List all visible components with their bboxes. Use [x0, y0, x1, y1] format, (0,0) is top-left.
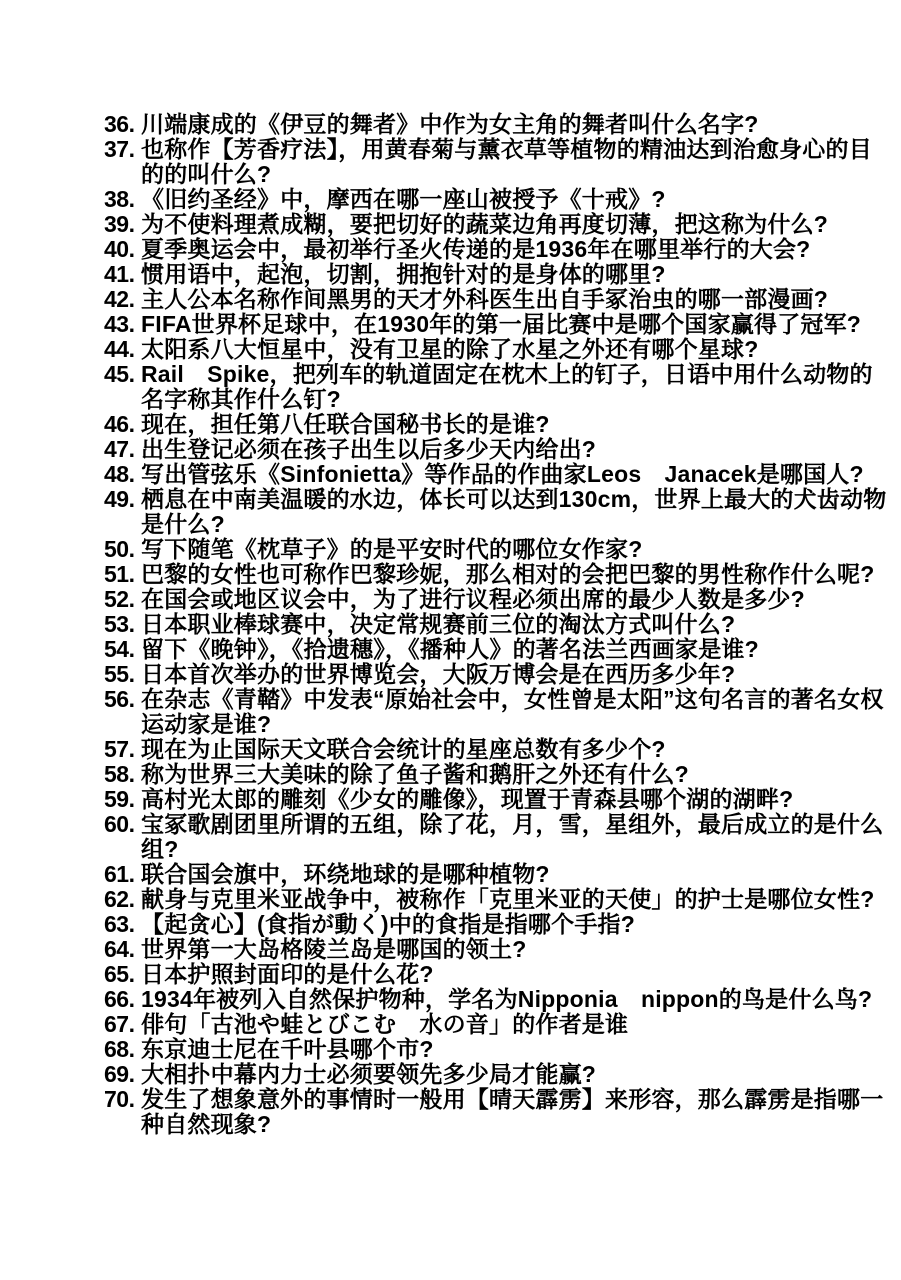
question-item: 60. 宝冢歌剧团里所谓的五组，除了花，月，雪，星组外，最后成立的是什么组?	[104, 812, 893, 862]
question-text: 出生登记必须在孩子出生以后多少天内给出?	[141, 437, 893, 462]
question-text: 【起贪心】(食指が動く)中的食指是指哪个手指?	[141, 912, 893, 937]
question-text: 世界第一大岛格陵兰岛是哪国的领土?	[141, 937, 893, 962]
question-item: 37. 也称作【芳香疗法】，用黄春菊与薰衣草等植物的精油达到治愈身心的目的的叫什…	[104, 137, 893, 187]
question-number: 69.	[104, 1062, 141, 1087]
question-text: 现在，担任第八任联合国秘书长的是谁?	[141, 412, 893, 437]
question-text: 写出管弦乐《Sinfonietta》等作品的作曲家Leos Janacek是哪国…	[141, 462, 893, 487]
question-item: 66. 1934年被列入自然保护物种，学名为Nipponia nippon的鸟是…	[104, 987, 893, 1012]
question-item: 48. 写出管弦乐《Sinfonietta》等作品的作曲家Leos Janace…	[104, 462, 893, 487]
question-item: 53. 日本职业棒球赛中，决定常规赛前三位的淘汰方式叫什么?	[104, 612, 893, 637]
question-text: 巴黎的女性也可称作巴黎珍妮，那么相对的会把巴黎的男性称作什么呢?	[141, 562, 893, 587]
question-number: 67.	[104, 1012, 141, 1037]
question-item: 44. 太阳系八大恒星中，没有卫星的除了水星之外还有哪个星球?	[104, 337, 893, 362]
question-item: 59. 高村光太郎的雕刻《少女的雕像》，现置于青森县哪个湖的湖畔?	[104, 787, 893, 812]
question-text: 惯用语中，起泡，切割，拥抱针对的是身体的哪里?	[141, 262, 893, 287]
question-number: 41.	[104, 262, 141, 287]
question-text: 俳句「古池や蛙とびこむ 水の音」的作者是谁	[141, 1012, 893, 1037]
question-number: 49.	[104, 487, 141, 512]
question-item: 46. 现在，担任第八任联合国秘书长的是谁?	[104, 412, 893, 437]
question-item: 56. 在杂志《青鞜》中发表“原始社会中，女性曾是太阳”这句名言的著名女权运动家…	[104, 687, 893, 737]
question-text: 高村光太郎的雕刻《少女的雕像》，现置于青森县哪个湖的湖畔?	[141, 787, 893, 812]
question-item: 36. 川端康成的《伊豆的舞者》中作为女主角的舞者叫什么名字?	[104, 112, 893, 137]
question-item: 67. 俳句「古池や蛙とびこむ 水の音」的作者是谁	[104, 1012, 893, 1037]
question-item: 65. 日本护照封面印的是什么花?	[104, 962, 893, 987]
question-text: 川端康成的《伊豆的舞者》中作为女主角的舞者叫什么名字?	[141, 112, 893, 137]
question-text: 联合国会旗中，环绕地球的是哪种植物?	[141, 862, 893, 887]
question-number: 48.	[104, 462, 141, 487]
question-number: 38.	[104, 187, 141, 212]
question-item: 51. 巴黎的女性也可称作巴黎珍妮，那么相对的会把巴黎的男性称作什么呢?	[104, 562, 893, 587]
question-number: 47.	[104, 437, 141, 462]
question-number: 53.	[104, 612, 141, 637]
question-item: 57. 现在为止国际天文联合会统计的星座总数有多少个?	[104, 737, 893, 762]
question-item: 63. 【起贪心】(食指が動く)中的食指是指哪个手指?	[104, 912, 893, 937]
question-text: Rail Spike，把列车的轨道固定在枕木上的钉子，日语中用什么动物的名字称其…	[141, 362, 893, 412]
question-number: 50.	[104, 537, 141, 562]
question-text: 现在为止国际天文联合会统计的星座总数有多少个?	[141, 737, 893, 762]
question-text: 日本护照封面印的是什么花?	[141, 962, 893, 987]
question-number: 39.	[104, 212, 141, 237]
question-item: 50. 写下随笔《枕草子》的是平安时代的哪位女作家?	[104, 537, 893, 562]
question-text: 发生了想象意外的事情时一般用【晴天霹雳】来形容，那么霹雳是指哪一种自然现象?	[141, 1087, 893, 1137]
question-number: 46.	[104, 412, 141, 437]
question-number: 68.	[104, 1037, 141, 1062]
question-item: 45. Rail Spike，把列车的轨道固定在枕木上的钉子，日语中用什么动物的…	[104, 362, 893, 412]
question-number: 44.	[104, 337, 141, 362]
question-item: 64. 世界第一大岛格陵兰岛是哪国的领土?	[104, 937, 893, 962]
question-number: 59.	[104, 787, 141, 812]
question-text: 在杂志《青鞜》中发表“原始社会中，女性曾是太阳”这句名言的著名女权运动家是谁?	[141, 687, 893, 737]
question-text: 献身与克里米亚战争中，被称作「克里米亚的天使」的护士是哪位女性?	[141, 887, 893, 912]
question-text: 东京迪士尼在千叶县哪个市?	[141, 1037, 893, 1062]
question-number: 43.	[104, 312, 141, 337]
question-text: 日本职业棒球赛中，决定常规赛前三位的淘汰方式叫什么?	[141, 612, 893, 637]
question-text: 在国会或地区议会中，为了进行议程必须出席的最少人数是多少?	[141, 587, 893, 612]
question-number: 56.	[104, 687, 141, 712]
question-number: 54.	[104, 637, 141, 662]
question-text: 留下《晚钟》，《拾遗穗》，《播种人》的著名法兰西画家是谁?	[141, 637, 893, 662]
question-number: 37.	[104, 137, 141, 162]
question-number: 52.	[104, 587, 141, 612]
question-item: 62. 献身与克里米亚战争中，被称作「克里米亚的天使」的护士是哪位女性?	[104, 887, 893, 912]
question-text: 1934年被列入自然保护物种，学名为Nipponia nippon的鸟是什么鸟?	[141, 987, 893, 1012]
question-item: 68. 东京迪士尼在千叶县哪个市?	[104, 1037, 893, 1062]
question-item: 47. 出生登记必须在孩子出生以后多少天内给出?	[104, 437, 893, 462]
question-text: 写下随笔《枕草子》的是平安时代的哪位女作家?	[141, 537, 893, 562]
question-item: 38. 《旧约圣经》中，摩西在哪一座山被授予《十戒》?	[104, 187, 893, 212]
question-item: 55. 日本首次举办的世界博览会，大阪万博会是在西历多少年?	[104, 662, 893, 687]
question-text: 日本首次举办的世界博览会，大阪万博会是在西历多少年?	[141, 662, 893, 687]
question-item: 69. 大相扑中幕内力士必须要领先多少局才能赢?	[104, 1062, 893, 1087]
question-text: 称为世界三大美味的除了鱼子酱和鹅肝之外还有什么?	[141, 762, 893, 787]
question-item: 54. 留下《晚钟》，《拾遗穗》，《播种人》的著名法兰西画家是谁?	[104, 637, 893, 662]
question-number: 55.	[104, 662, 141, 687]
question-text: 也称作【芳香疗法】，用黄春菊与薰衣草等植物的精油达到治愈身心的目的的叫什么?	[141, 137, 893, 187]
question-item: 52. 在国会或地区议会中，为了进行议程必须出席的最少人数是多少?	[104, 587, 893, 612]
question-number: 58.	[104, 762, 141, 787]
question-item: 43. FIFA世界杯足球中，在1930年的第一届比赛中是哪个国家赢得了冠军?	[104, 312, 893, 337]
question-number: 45.	[104, 362, 141, 387]
question-number: 61.	[104, 862, 141, 887]
question-number: 66.	[104, 987, 141, 1012]
question-number: 40.	[104, 237, 141, 262]
question-number: 63.	[104, 912, 141, 937]
question-number: 64.	[104, 937, 141, 962]
question-number: 36.	[104, 112, 141, 137]
question-text: 《旧约圣经》中，摩西在哪一座山被授予《十戒》?	[141, 187, 893, 212]
question-number: 65.	[104, 962, 141, 987]
question-item: 41. 惯用语中，起泡，切割，拥抱针对的是身体的哪里?	[104, 262, 893, 287]
document-page: 36. 川端康成的《伊豆的舞者》中作为女主角的舞者叫什么名字? 37. 也称作【…	[0, 0, 901, 1280]
question-number: 57.	[104, 737, 141, 762]
question-text: 为不使料理煮成糊，要把切好的蔬菜边角再度切薄，把这称为什么?	[141, 212, 893, 237]
question-item: 58. 称为世界三大美味的除了鱼子酱和鹅肝之外还有什么?	[104, 762, 893, 787]
question-item: 61. 联合国会旗中，环绕地球的是哪种植物?	[104, 862, 893, 887]
question-text: 夏季奥运会中，最初举行圣火传递的是1936年在哪里举行的大会?	[141, 237, 893, 262]
question-number: 62.	[104, 887, 141, 912]
question-number: 42.	[104, 287, 141, 312]
question-item: 70. 发生了想象意外的事情时一般用【晴天霹雳】来形容，那么霹雳是指哪一种自然现…	[104, 1087, 893, 1137]
question-item: 42. 主人公本名称作间黑男的天才外科医生出自手冢治虫的哪一部漫画?	[104, 287, 893, 312]
question-text: 大相扑中幕内力士必须要领先多少局才能赢?	[141, 1062, 893, 1087]
question-item: 49. 栖息在中南美温暖的水边，体长可以达到130cm，世界上最大的犬齿动物是什…	[104, 487, 893, 537]
question-text: 宝冢歌剧团里所谓的五组，除了花，月，雪，星组外，最后成立的是什么组?	[141, 812, 893, 862]
question-item: 40. 夏季奥运会中，最初举行圣火传递的是1936年在哪里举行的大会?	[104, 237, 893, 262]
question-text: FIFA世界杯足球中，在1930年的第一届比赛中是哪个国家赢得了冠军?	[141, 312, 893, 337]
question-number: 51.	[104, 562, 141, 587]
question-text: 栖息在中南美温暖的水边，体长可以达到130cm，世界上最大的犬齿动物是什么?	[141, 487, 893, 537]
question-number: 70.	[104, 1087, 141, 1112]
question-number: 60.	[104, 812, 141, 837]
question-list: 36. 川端康成的《伊豆的舞者》中作为女主角的舞者叫什么名字? 37. 也称作【…	[104, 112, 893, 1137]
question-text: 太阳系八大恒星中，没有卫星的除了水星之外还有哪个星球?	[141, 337, 893, 362]
question-item: 39. 为不使料理煮成糊，要把切好的蔬菜边角再度切薄，把这称为什么?	[104, 212, 893, 237]
question-text: 主人公本名称作间黑男的天才外科医生出自手冢治虫的哪一部漫画?	[141, 287, 893, 312]
